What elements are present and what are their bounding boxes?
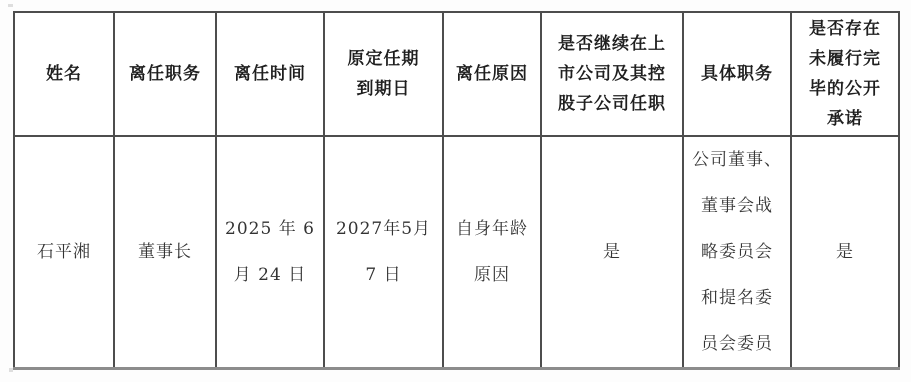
- departure-announcement-table: 姓名 离任职务 离任时间 原定任期 到期日 离任原因 是否继续在上 市公司及其控…: [13, 11, 900, 370]
- document-page: 姓名 离任职务 离任时间 原定任期 到期日 离任原因 是否继续在上 市公司及其控…: [0, 0, 911, 382]
- header-cell-position: 离任职务: [114, 12, 216, 136]
- cell-reason: 自身年龄 原因: [443, 136, 541, 369]
- cell-term: 2027年5月 7 日: [324, 136, 443, 369]
- cell-name: 石平湘: [14, 136, 114, 369]
- cell-time: 2025 年 6 月 24 日: [216, 136, 324, 369]
- table-data-row: 石平湘 董事长 2025 年 6 月 24 日 2027年5月 7 日 自身年龄…: [14, 136, 899, 369]
- header-cell-commitment: 是否存在 未履行完 毕的公开 承诺: [791, 12, 899, 136]
- cell-position: 董事长: [114, 136, 216, 369]
- table-header-row: 姓名 离任职务 离任时间 原定任期 到期日 离任原因 是否继续在上 市公司及其控…: [14, 12, 899, 136]
- header-cell-reason: 离任原因: [443, 12, 541, 136]
- cell-commitment: 是: [791, 136, 899, 369]
- header-cell-specific: 具体职务: [683, 12, 791, 136]
- cell-specific: 公司董事、 董事会战 略委员会 和提名委 员会委员: [683, 136, 791, 369]
- header-cell-name: 姓名: [14, 12, 114, 136]
- header-cell-time: 离任时间: [216, 12, 324, 136]
- header-cell-continue: 是否继续在上 市公司及其控 股子公司任职: [541, 12, 683, 136]
- header-cell-term: 原定任期 到期日: [324, 12, 443, 136]
- cell-continue: 是: [541, 136, 683, 369]
- scan-artifact-top-left: [8, 4, 13, 7]
